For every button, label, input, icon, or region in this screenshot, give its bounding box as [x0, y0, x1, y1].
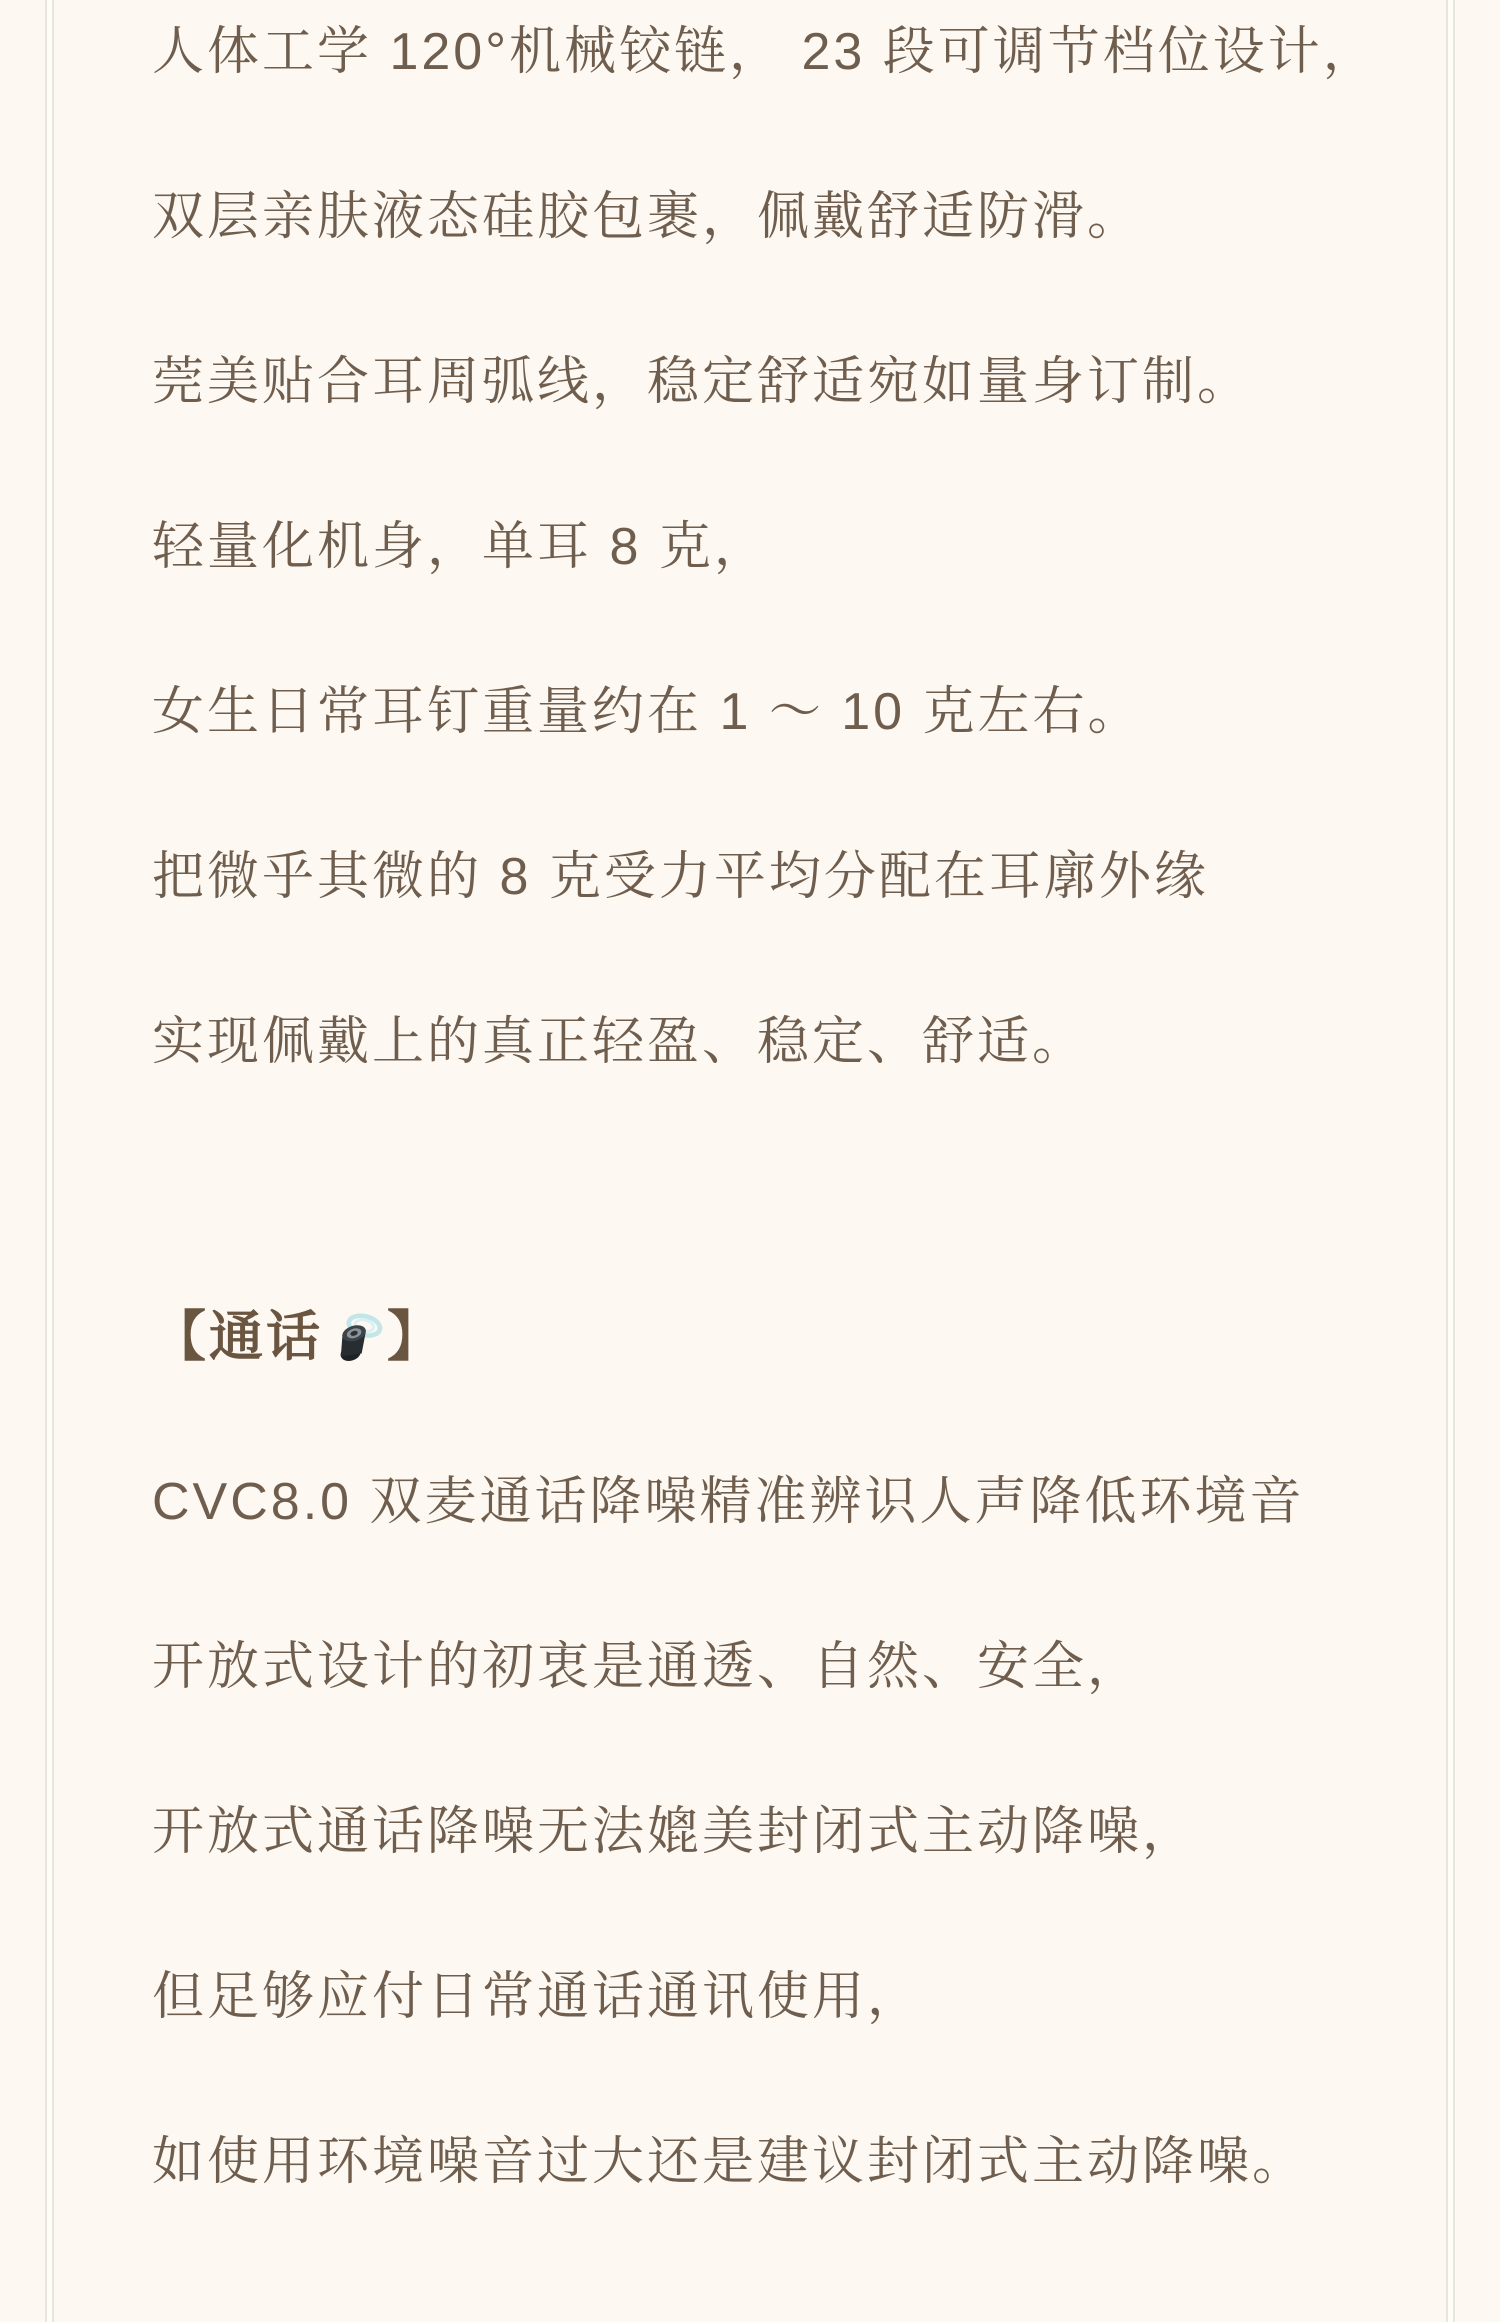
paragraph-line: CVC8.0 双麦通话降噪精准辨识人声降低环境音 — [152, 1420, 1362, 1585]
paragraph-line: 但足够应付日常通话通讯使用， — [152, 1915, 1362, 2080]
speaker-emoji-icon — [325, 1265, 385, 1325]
heading-suffix: 】 — [387, 1307, 444, 1367]
heading-prefix: 【通话 — [152, 1307, 323, 1367]
paragraph-line: 女生日常耳钉重量约在 1 ～ 10 克左右。 — [152, 630, 1362, 795]
paragraph-line: 人体工学 120°机械铰链， 23 段可调节档位设计， — [152, 0, 1362, 135]
paragraph-line: 开放式通话降噪无法媲美封闭式主动降噪， — [152, 1750, 1362, 1915]
right-double-rule — [1446, 0, 1455, 2322]
paragraph-line: 实现佩戴上的真正轻盈、稳定、舒适。 — [152, 960, 1362, 1125]
paragraph-line: 莞美贴合耳周弧线，稳定舒适宛如量身订制。 — [152, 300, 1362, 465]
paragraph-line: 如使用环境噪音过大还是建议封闭式主动降噪。 — [152, 2080, 1362, 2245]
description-text-block: 人体工学 120°机械铰链， 23 段可调节档位设计， 双层亲肤液态硅胶包裹，佩… — [152, 0, 1362, 2245]
left-double-rule — [45, 0, 54, 2322]
section-gap — [152, 1125, 1362, 1255]
paragraph-line: 开放式设计的初衷是通透、自然、安全， — [152, 1585, 1362, 1750]
paragraph-line: 轻量化机身，单耳 8 克， — [152, 465, 1362, 630]
paragraph-line: 把微乎其微的 8 克受力平均分配在耳廓外缘 — [152, 795, 1362, 960]
section-heading-call: 【通话 】 — [152, 1255, 1362, 1420]
product-description-page: 人体工学 120°机械铰链， 23 段可调节档位设计， 双层亲肤液态硅胶包裹，佩… — [0, 0, 1500, 2322]
paragraph-line: 双层亲肤液态硅胶包裹，佩戴舒适防滑。 — [152, 135, 1362, 300]
